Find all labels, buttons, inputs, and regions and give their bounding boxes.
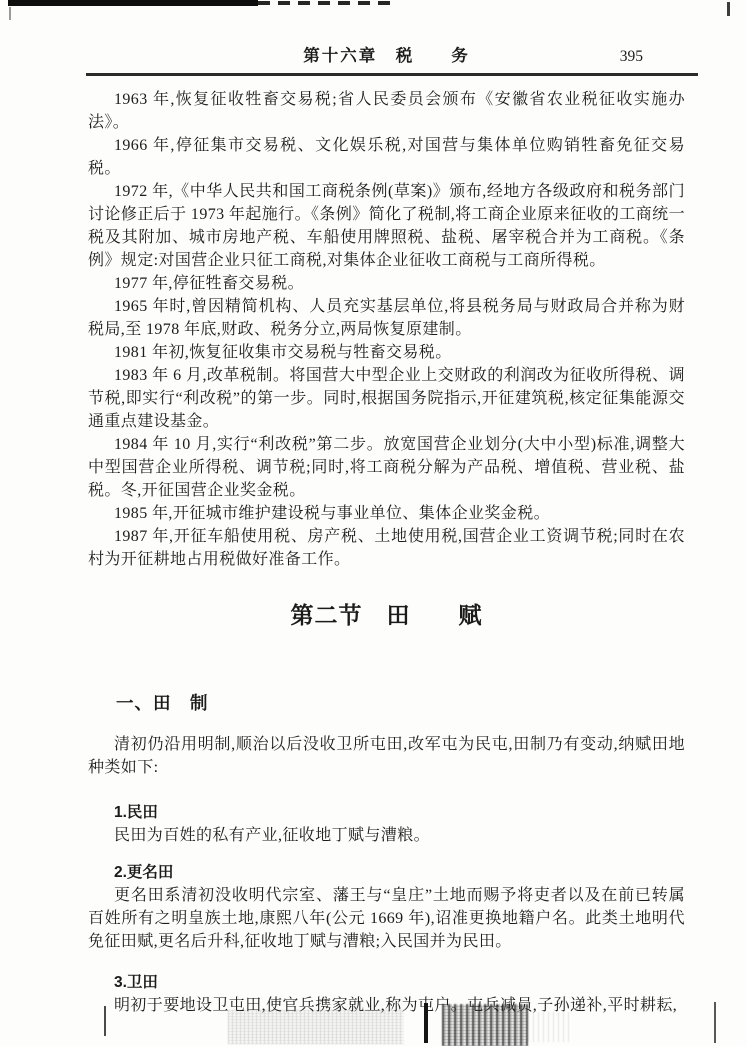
scan-artifact-bottom-smudge-tail	[528, 1012, 570, 1042]
field-type-heading: 2.更名田	[88, 861, 685, 884]
chronicle-paragraph: 1983 年 6 月,改革税制。将国营大中型企业上交财政的利润改为征收所得税、调…	[88, 364, 685, 433]
scan-artifact-bottom-bar	[424, 1003, 428, 1043]
scan-artifact-bottom-smudge-faint	[228, 1010, 404, 1044]
field-type-heading: 3.卫田	[88, 971, 685, 994]
chronicle-paragraph: 1965 年时,曾因精简机构、人员充实基层单位,将县税务局与财政局合并称为财税局…	[88, 295, 685, 341]
section-title: 第二节 田 赋	[88, 601, 685, 631]
chronicle-paragraph: 1985 年,开征城市维护建设税与事业单位、集体企业奖金税。	[88, 502, 685, 525]
field-type-heading: 1.民田	[88, 801, 685, 824]
chronicle-paragraph: 1984 年 10 月,实行“利改税”第二步。放宽国营企业划分(大中小型)标准,…	[88, 433, 685, 502]
page-number: 395	[620, 47, 643, 67]
page-content: 第十六章 税 务 395 1963 年,恢复征收牲畜交易税;省人民委员会颁布《安…	[88, 46, 685, 1017]
scan-artifact-top-right-tick	[727, 2, 730, 16]
chronicle-paragraph: 1966 年,停征集市交易税、文化娱乐税,对国营与集体单位购销牲畜免征交易税。	[88, 134, 685, 180]
chapter-title: 第十六章 税 务	[303, 46, 470, 65]
scan-artifact-top-bar-dashes	[258, 1, 392, 5]
field-type-body: 民田为百姓的私有产业,征收地丁赋与漕粮。	[88, 824, 685, 847]
field-type-body: 更名田系清初没收明代宗室、藩王与“皇庄”土地而赐予将吏者以及在前已转属百姓所有之…	[88, 884, 685, 953]
field-system-intro: 清初仍沿用明制,顺治以后没收卫所屯田,改军屯为民屯,田制乃有变动,纳赋田地种类如…	[88, 733, 685, 779]
scan-artifact-top-bar	[8, 0, 258, 6]
scan-artifact-bottom-line-left	[104, 1006, 106, 1036]
scan-artifact-left-edge-tick	[9, 7, 11, 20]
subsection-title: 一、田 制	[88, 691, 685, 715]
scanned-page: 第十六章 税 务 395 1963 年,恢复征收牲畜交易税;省人民委员会颁布《安…	[0, 0, 747, 1046]
chronicle-paragraph: 1981 年初,恢复征收集市交易税与牲畜交易税。	[88, 341, 685, 364]
chronicle-section: 1963 年,恢复征收牲畜交易税;省人民委员会颁布《安徽省农业税征收实施办法》。…	[88, 88, 685, 571]
field-type-item: 2.更名田 更名田系清初没收明代宗室、藩王与“皇庄”土地而赐予将吏者以及在前已转…	[88, 861, 685, 953]
running-header: 第十六章 税 务 395	[88, 46, 685, 66]
chronicle-paragraph: 1963 年,恢复征收牲畜交易税;省人民委员会颁布《安徽省农业税征收实施办法》。	[88, 88, 685, 134]
scan-artifact-bottom-line-right	[714, 1002, 716, 1043]
chronicle-paragraph: 1987 年,开征车船使用税、房产税、土地使用税,国营企业工资调节税;同时在农村…	[88, 525, 685, 571]
header-rule	[86, 73, 698, 76]
chronicle-paragraph: 1972 年,《中华人民共和国工商税条例(草案)》颁布,经地方各级政府和税务部门…	[88, 180, 685, 272]
chronicle-paragraph: 1977 年,停征牲畜交易税。	[88, 272, 685, 295]
scan-artifact-bottom-smudge-dark	[442, 1004, 528, 1046]
field-type-item: 1.民田 民田为百姓的私有产业,征收地丁赋与漕粮。	[88, 801, 685, 847]
